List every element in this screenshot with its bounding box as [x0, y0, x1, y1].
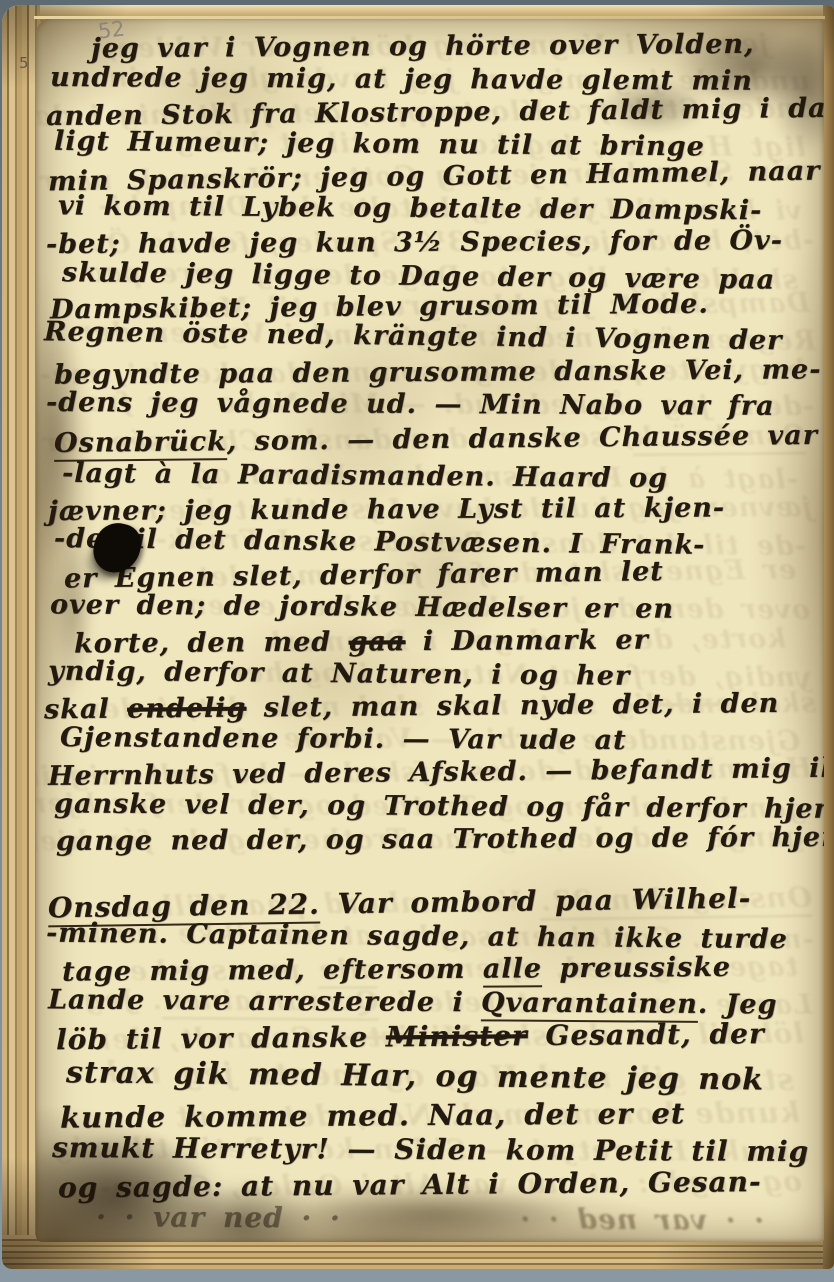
- handwriting-line: og sagde: at nu var Alt i Orden, Gesan-: [36, 1167, 824, 1204]
- manuscript-scan: 5 52 jeg var i Vognen og hörte over Vold…: [0, 0, 834, 1282]
- underlined-phrase: alle: [483, 953, 542, 987]
- handwriting-line: Onsdag den 22. Var ombord paa Wilhel-: [36, 883, 824, 924]
- handwriting-line: gange ned der, og saa Trothed og de fór …: [36, 823, 824, 857]
- handwriting-line: -lagt à la Paradismanden. Haard og: [36, 459, 824, 496]
- handwriting-text: preussiske: [542, 952, 731, 984]
- handwriting-text: löb til vor danske: [56, 1020, 386, 1056]
- handwriting-text: er Egnen slet, derfor farer man let: [64, 556, 664, 594]
- handwriting-line: -bet; havde jeg kun 3½ Species, for de Ö…: [36, 226, 824, 260]
- handwriting-text: i Danmark er: [405, 624, 649, 657]
- handwriting-text: ganske vel der, og Trothed og får derfor…: [54, 788, 824, 825]
- handwriting-text: over den; de jordske Hædelser er en: [50, 589, 674, 624]
- handwriting-text: jævner; jeg kunde have Lyst til at kjen-: [48, 492, 725, 527]
- handwriting-line: vi kom til Lybek og betalte der Dampski-: [36, 191, 824, 227]
- handwriting-line: er Egnen slet, derfor farer man let: [36, 555, 824, 595]
- handwriting-text: -de til det danske Postvæsen. I Frank-: [54, 523, 706, 561]
- handwriting-line: · · var ned · ·: [36, 1202, 824, 1236]
- handwriting-line: skal endelig slet, man skal nyde det, i …: [36, 689, 824, 726]
- handwriting-line: Regnen öste ned, krängte ind i Vognen de…: [36, 317, 824, 357]
- handwriting-text: -dens jeg vågnede ud. — Min Nabo var fra: [46, 387, 775, 422]
- handwriting-text: undrede jeg mig, at jeg havde glemt min: [50, 62, 753, 97]
- handwriting-text: strax gik med Har, og mente jeg nok: [66, 1055, 764, 1097]
- handwriting-line: ganske vel der, og Trothed og får derfor…: [36, 789, 824, 825]
- book-edge-right: [823, 5, 834, 1269]
- handwriting-line: strax gik med Har, og mente jeg nok: [36, 1058, 824, 1096]
- handwriting-text: begyndte paa den grusomme danske Vei, me…: [54, 354, 822, 390]
- handwriting-line: smukt Herretyr! — Siden kom Petit til mi…: [36, 1133, 824, 1167]
- handwriting-line: jævner; jeg kunde have Lyst til at kjen-: [36, 493, 824, 527]
- handwriting-line: löb til vor danske Minister Gesandt, der: [36, 1019, 824, 1056]
- handwriting-line: Lande vare arresterede i Qvarantainen. J…: [36, 985, 824, 1021]
- handwriting-text: yndig, derfor at Naturen, i og her: [48, 656, 630, 692]
- handwriting-line: begyndte paa den grusomme danske Vei, me…: [36, 355, 824, 391]
- handwriting-text: . Jeg: [698, 989, 778, 1021]
- struck-out-word: gaa: [348, 626, 405, 657]
- handwriting-text: Gesandt, der: [528, 1017, 765, 1052]
- struck-out-word: endelig: [127, 693, 247, 725]
- underlined-phrase: Osnabrück: [54, 426, 227, 462]
- handwriting-line: Herrnhuts ved deres Afsked. — befandt mi…: [36, 754, 824, 792]
- handwriting-text: vi kom til Lybek og betalte der Dampski-: [58, 190, 763, 226]
- handwriting-text: tage mig med, eftersom: [62, 954, 483, 988]
- handwriting-layer: jeg var i Vognen og hörte over Volden,un…: [36, 18, 824, 1242]
- book-edge-left: [2, 5, 40, 1269]
- handwriting-line: -minen. Captainen sagde, at han ikke tur…: [36, 919, 824, 956]
- handwriting-text: -bet; havde jeg kun 3½ Species, for de Ö…: [46, 225, 783, 260]
- handwriting-text: gange ned der, og saa Trothed og de fór …: [56, 822, 824, 857]
- handwriting-text: og sagde: at nu var Alt i Orden, Gesan-: [58, 1165, 762, 1204]
- manuscript-page: 52 jeg var i Vognen og hörte over Volden…: [36, 18, 824, 1242]
- page-number: 52: [97, 18, 126, 44]
- struck-out-word: Minister: [386, 1019, 528, 1053]
- handwriting-line: over den; de jordske Hædelser er en: [36, 590, 824, 626]
- handwriting-line: Gjenstandene forbi. — Var ude at: [36, 723, 824, 757]
- handwriting-text: skal: [44, 694, 127, 726]
- handwriting-text: kunde komme med. Naa, det er et: [60, 1096, 685, 1134]
- handwriting-line: korte, den med gaa i Danmark er: [36, 624, 824, 660]
- margin-mark: 5: [19, 54, 29, 72]
- handwriting-text: jeg var i Vognen og hörte over Volden,: [91, 29, 755, 65]
- handwriting-line: tage mig med, eftersom alle preussiske: [36, 952, 824, 988]
- handwriting-text: Gjenstandene forbi. — Var ude at: [60, 722, 627, 756]
- handwriting-text: ligt Humeur; jeg kom nu til at bringe: [54, 126, 705, 163]
- handwriting-text: · · var ned · ·: [96, 1200, 341, 1234]
- handwriting-line: Osnabrück, som. — den danske Chaussée va…: [36, 421, 824, 459]
- handwriting-text: korte, den med: [74, 627, 349, 660]
- handwriting-text: Lande vare arresterede i: [48, 984, 481, 1018]
- handwriting-text: Regnen öste ned, krängte ind i Vognen de…: [44, 316, 783, 356]
- handwriting-text: slet, man skal nyde det, i den: [246, 688, 779, 724]
- handwriting-text: -lagt à la Paradismanden. Haard og: [62, 458, 668, 494]
- handwriting-text: , som. — den danske Chaussée var an-: [227, 419, 824, 457]
- handwriting-text: -minen. Captainen sagde, at han ikke tur…: [46, 918, 788, 955]
- handwriting-line: kunde komme med. Naa, det er et: [36, 1097, 824, 1133]
- handwriting-line: undrede jeg mig, at jeg havde glemt min: [36, 63, 824, 97]
- handwriting-text: Var ombord paa Wilhel-: [320, 882, 752, 921]
- handwriting-line: jeg var i Vognen og hörte over Volden,: [36, 29, 824, 65]
- handwriting-text: Herrnhuts ved deres Afsked. — befandt mi…: [48, 752, 824, 792]
- handwriting-text: smukt Herretyr! — Siden kom Petit til mi…: [52, 1131, 809, 1168]
- handwriting-line: -dens jeg vågnede ud. — Min Nabo var fra: [36, 388, 824, 422]
